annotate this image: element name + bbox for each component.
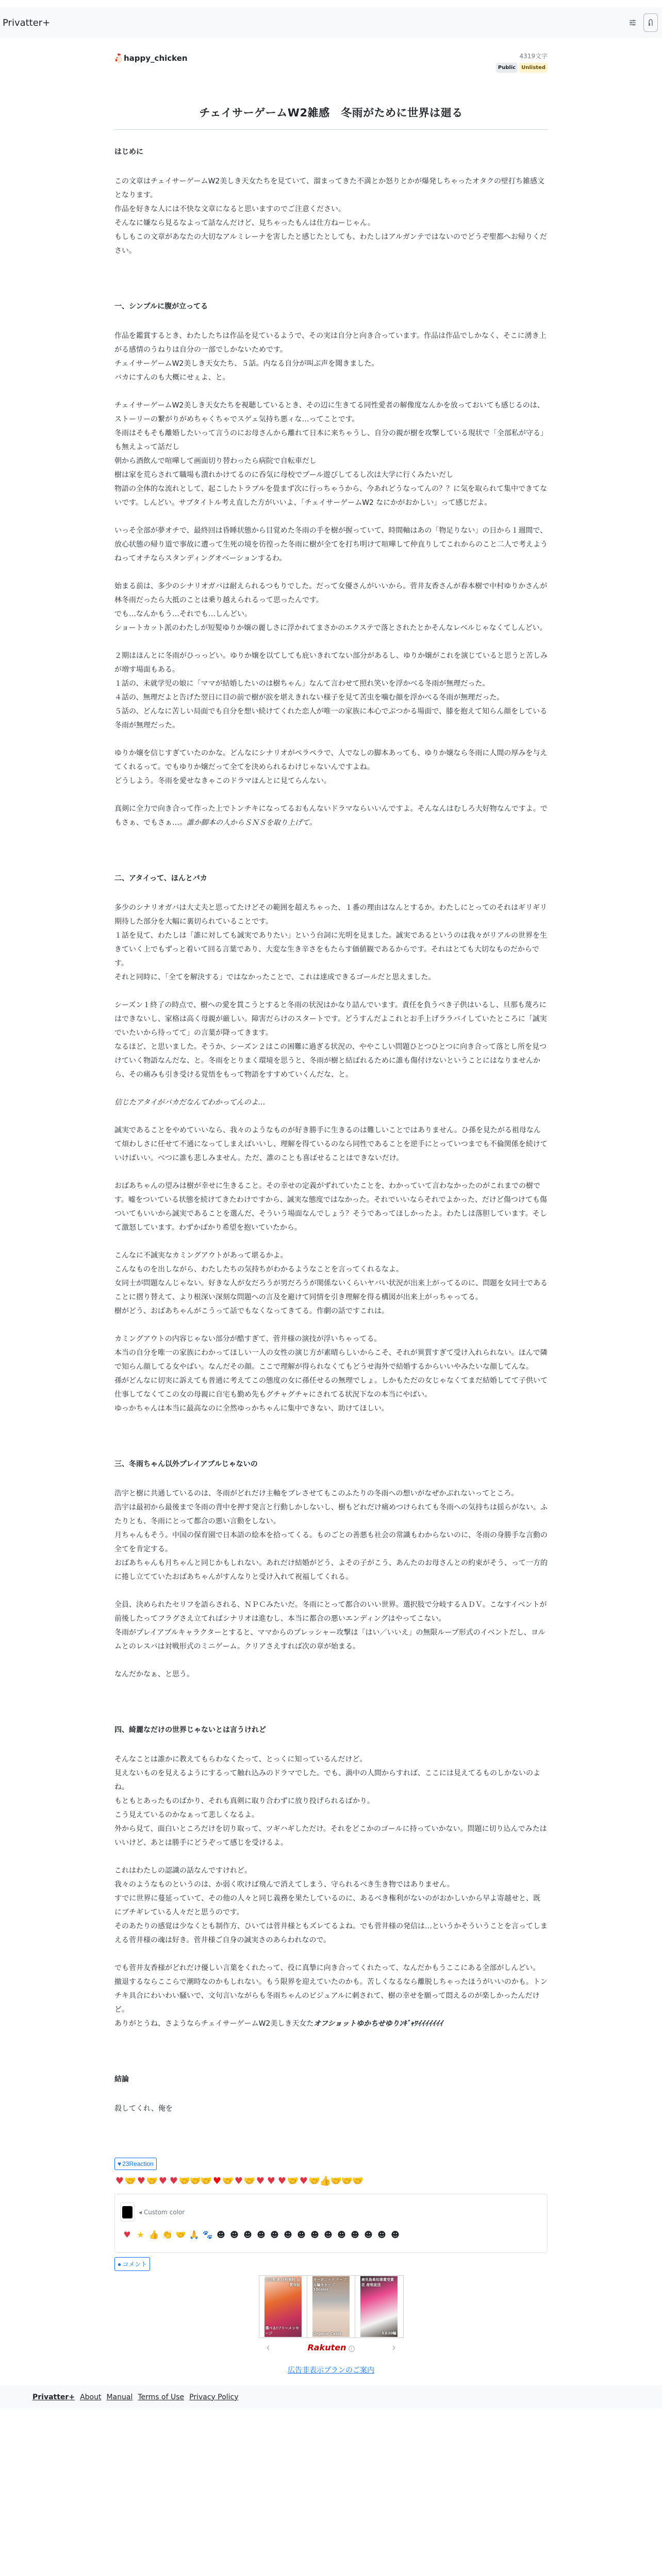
paragraph: チェイサーゲームW2美しき天女たちを視聴しているとき、その辺に生きてる同性愛者の… <box>114 399 548 510</box>
author[interactable]: happy_chicken <box>114 53 188 64</box>
reaction-button[interactable]: ♥ 23Reaction <box>114 2158 157 2170</box>
post-body: はじめに この文章はチェイサーゲームW2美しき天女たちを見ていて、溜まってきた不… <box>114 145 548 2158</box>
heart-red-reaction-icon: ♥ <box>212 2175 222 2187</box>
post-info: 4319文字 Public Unlisted <box>496 46 548 73</box>
paragraph: これはわたしの認識の話なんですけれど。 我々のようなものというのは、か弱く吹けば… <box>114 1864 548 1947</box>
custom-color-row: ◂ Custom color <box>120 2202 542 2222</box>
bold-italic-text: オフショットゆかちせゆりﾝｷﾞｬﾜｲｲｲｲｲｲｲ <box>313 2020 442 2028</box>
heart-reaction-icon: ♥ <box>255 2175 266 2187</box>
chicken-avatar-icon <box>114 53 123 64</box>
footer-link-privacy[interactable]: Privacy Policy <box>189 2393 238 2401</box>
paragraph: こんなに不誠実なカミングアウトがあって堪るかよ。 こんなものを出しながら、わたし… <box>114 1249 548 1318</box>
paragraph: カミングアウトの内容じゃない部分が酷すぎて、菅井様の演技が浮いちゃってる。 本当… <box>114 1332 548 1416</box>
joy-icon[interactable]: ☻ <box>338 2225 345 2244</box>
paragraph-text: 真剣に全力で向き合って作った上でトンチキになってるおもんないドラマならいいんです… <box>114 805 548 827</box>
ad-carousel: 翌日配達 送料無料 品質保証 選べる!フリーメッセージ オーガニック ケーブル編… <box>114 2275 548 2353</box>
paragraph: そんなことは誰かに教えてもらわなくたって、とっくに知っているんだけど。 見えない… <box>114 1753 548 1850</box>
footer-brand-link[interactable]: Privatter+ <box>32 2393 75 2401</box>
ad-nav: ‹ Rakuteni › <box>264 2338 398 2353</box>
section-heading: 一、シンプルに腹が立ってる <box>114 300 548 314</box>
clap-icon[interactable]: 👏 <box>163 2225 171 2244</box>
paragraph: 始まる前は、多少のシナリオガバは耐えられるつもりでした。だって女優さんがいいから… <box>114 580 548 635</box>
kiss-icon[interactable]: ☻ <box>324 2225 332 2244</box>
star-icon[interactable]: ★ <box>137 2225 144 2244</box>
color-preview <box>122 2206 133 2218</box>
handshake-reaction-icon: 🤝 <box>147 2175 157 2187</box>
smile-icon[interactable]: ☻ <box>217 2225 225 2244</box>
squint-icon[interactable]: ☻ <box>284 2225 292 2244</box>
author-name: happy_chicken <box>124 54 188 63</box>
speech-bubble-icon: ● <box>118 2261 121 2268</box>
comment-label: コメント <box>122 2260 147 2268</box>
section-heading: 二、アタイって、ほんとバカ <box>114 872 548 886</box>
ad-items: 翌日配達 送料無料 品質保証 選べる!フリーメッセージ オーガニック ケーブル編… <box>259 2275 404 2338</box>
paragraph: でも菅井友香様がどれだけ優しい言葉をくれたって、役に真摯に向き合ってくれたって、… <box>114 1961 548 2031</box>
rakuten-logo: Rakuteni <box>307 2343 354 2352</box>
visibility-badges: Public Unlisted <box>496 63 548 73</box>
handshake-icon[interactable]: 🤝 <box>177 2225 185 2244</box>
heart-reaction-icon: ♥ <box>169 2175 179 2187</box>
wink-icon[interactable]: ☻ <box>230 2225 238 2244</box>
navbar: Privatter+ <box>0 7 662 38</box>
ad-item[interactable]: 鹿児島県知事賞受賞花 産地直送 5本20輪 <box>355 2276 403 2337</box>
grin-wide-icon[interactable]: ☻ <box>311 2225 319 2244</box>
public-badge: Public <box>496 63 518 73</box>
footer-link-about[interactable]: About <box>80 2393 101 2401</box>
footer: Privatter+ About Manual Terms of Use Pri… <box>0 2385 662 2409</box>
handshake-reaction-icon: 🤝 <box>201 2175 211 2187</box>
heart-eyes-icon[interactable]: ☻ <box>378 2225 386 2244</box>
heart-reaction-icon: ♥ <box>266 2175 276 2187</box>
char-count: 4319文字 <box>496 52 548 60</box>
paragraph: ゆりか嬢を信じすぎていたのかな。どんなにシナリオがペラペラで、人でなしの脚本あっ… <box>114 747 548 788</box>
ad-image-lilies: 鹿児島県知事賞受賞花 産地直送 5本20輪 <box>360 2276 398 2337</box>
section-heading: はじめに <box>114 145 548 159</box>
paragraph: なんだかなぁ、と思う。 <box>114 1668 548 1682</box>
section-heading: 結論 <box>114 2073 548 2087</box>
emoji-picker-grid: ♥★👍👏🤝🙏🐾☻☻☻☻☻☻☻☻☻☻☻☻☻☻ <box>120 2222 542 2247</box>
paw-icon[interactable]: 🐾 <box>204 2225 211 2244</box>
handshake-reaction-icon: 🤝 <box>353 2175 363 2187</box>
section-heading: 四、綺麗なだけの世界じゃないとは言うけれど <box>114 1723 548 1737</box>
ad-image-knit-cap: オーガニック ケーブル編キャップ 10color Organic Cable <box>312 2276 350 2337</box>
star-eyes-icon[interactable]: ☻ <box>351 2225 359 2244</box>
handshake-reaction-icon: 🤝 <box>309 2175 320 2187</box>
tears-icon[interactable]: ☻ <box>257 2225 265 2244</box>
unlisted-badge: Unlisted <box>519 63 548 73</box>
footer-link-terms[interactable]: Terms of Use <box>138 2393 184 2401</box>
footer-link-manual[interactable]: Manual <box>106 2393 133 2401</box>
ad-item[interactable]: オーガニック ケーブル編キャップ 10color Organic Cable <box>307 2276 355 2337</box>
navbar-toggle-button[interactable] <box>643 13 658 32</box>
navbar-actions <box>627 13 658 32</box>
paragraph: 全員、決められたセリフを語らされる、ＮＰＣみたいだ。冬雨にとって都合のいい世界。… <box>114 1598 548 1654</box>
handshake-reaction-icon: 🤝 <box>244 2175 255 2187</box>
reaction-picker: ◂ Custom color ♥★👍👏🤝🙏🐾☻☻☻☻☻☻☻☻☻☻☻☻☻☻ <box>114 2194 548 2253</box>
heart-reaction-icon: ♥ <box>299 2175 309 2187</box>
heart-reaction-icon: ♥ <box>158 2175 168 2187</box>
brand-link[interactable]: Privatter+ <box>3 18 50 28</box>
ad-image-flowers: 翌日配達 送料無料 品質保証 選べる!フリーメッセージ <box>264 2276 302 2337</box>
beam-icon[interactable]: ☻ <box>297 2225 305 2244</box>
heart-reaction-icon: ♥ <box>136 2175 146 2187</box>
sliders-icon[interactable] <box>627 17 638 28</box>
paragraph: ２期はほんとに冬雨がひっっどい。ゆりか嬢を以てしても庇いきれてない部分があるし、… <box>114 649 548 733</box>
heart-reaction-icon: ♥ <box>234 2175 244 2187</box>
comment-button[interactable]: ● コメント <box>114 2257 150 2271</box>
heart-reaction-icon: ♥ <box>277 2175 287 2187</box>
reaction-count-label: 23Reaction <box>122 2160 154 2167</box>
paragraph: いっそ全部が夢オチで、最終回は昏睡状態から目覚めた冬雨の手を樹が握っていて、時間… <box>114 524 548 566</box>
happy-icon[interactable]: ☻ <box>391 2225 399 2244</box>
adfree-plan-link-wrap: 広告非表示プランのご案内 <box>114 2365 548 2375</box>
custom-color-input[interactable] <box>120 2202 135 2222</box>
handshake-reaction-icon: 🤝 <box>125 2175 136 2187</box>
italic-paragraph: 信じたアタイがバカだなんてわかってんのよ… <box>114 1096 548 1110</box>
chevron-right-icon[interactable]: › <box>392 2341 396 2353</box>
paragraph: シーズン１終了の時点で、樹への愛を貫こうとすると冬雨の状況はかなり詰んでいます。… <box>114 998 548 1082</box>
reaction-list: ♥🤝♥🤝♥♥🤝🤝🤝♥🤝♥🤝♥♥♥🤝♥🤝👍🤝🤝🤝 <box>114 2175 548 2187</box>
post-meta: happy_chicken 4319文字 Public Unlisted <box>114 46 548 73</box>
thumbs-up-reaction-icon: 👍 <box>320 2175 330 2187</box>
toggle-icon <box>648 19 653 26</box>
grin-icon[interactable]: ☻ <box>271 2225 278 2244</box>
handshake-reaction-icon: 🤝 <box>179 2175 190 2187</box>
heart-icon: ♥ <box>118 2160 121 2167</box>
post-title: チェイサーゲームW2雑感 冬雨がために世界は廻る <box>114 105 548 130</box>
paragraph: おばあちゃんの望みは樹が幸せに生きること。その幸せの定義がずれていたことを、わか… <box>114 1179 548 1235</box>
heart-icon[interactable]: ♥ <box>123 2225 131 2244</box>
paragraph: 作品を鑑賞するとき、わたしたちは作品を見ているようで、その実は自分と向き合ってい… <box>114 329 548 385</box>
handshake-reaction-icon: 🤝 <box>190 2175 201 2187</box>
paragraph: 浩宇と樹に共通しているのは、冬雨がどれだけ主軸をブレさせてもこのふたりの冬雨への… <box>114 1487 548 1584</box>
broken-icon[interactable]: ☻ <box>365 2225 372 2244</box>
post-container: happy_chicken 4319文字 Public Unlisted チェイ… <box>114 38 548 2375</box>
paragraph: 真剣に全力で向き合って作った上でトンチキになってるおもんないドラマならいいんです… <box>114 802 548 830</box>
heart-reaction-icon: ♥ <box>114 2175 125 2187</box>
handshake-reaction-icon: 🤝 <box>342 2175 352 2187</box>
italic-text: 誰か脚本の人からＳＮＳを取り上げて。 <box>187 819 317 827</box>
handshake-reaction-icon: 🤝 <box>288 2175 298 2187</box>
custom-color-label: ◂ Custom color <box>139 2209 185 2216</box>
paragraph: この文章はチェイサーゲームW2美しき天女たちを見ていて、溜まってきた不満とか怒り… <box>114 175 548 258</box>
handshake-reaction-icon: 🤝 <box>331 2175 341 2187</box>
info-icon[interactable]: i <box>349 2346 355 2352</box>
blush-icon[interactable]: ☻ <box>244 2225 252 2244</box>
pray-icon[interactable]: 🙏 <box>190 2225 198 2244</box>
paragraph-text: でも菅井友香様がどれだけ優しい言葉をくれたって、役に真摯に向き合ってくれたって、… <box>114 1964 548 2028</box>
paragraph: 誠実であることをやめていいなら、我々のようなものが好き勝手に生きるのは難しいこと… <box>114 1124 548 1165</box>
ad-item[interactable]: 翌日配達 送料無料 品質保証 選べる!フリーメッセージ <box>259 2276 307 2337</box>
paragraph: 殺してくれ、俺を <box>114 2102 548 2116</box>
paragraph: 多少のシナリオガバは大丈夫と思ってたけどその範囲を超えちゃった、１番の理由はなん… <box>114 901 548 985</box>
section-heading: 三、冬雨ちゃん以外プレイアブルじゃないの <box>114 1458 548 1471</box>
handshake-reaction-icon: 🤝 <box>223 2175 233 2187</box>
adfree-plan-link[interactable]: 広告非表示プランのご案内 <box>288 2366 374 2375</box>
chevron-left-icon[interactable]: ‹ <box>266 2341 270 2353</box>
thumbs-up-icon[interactable]: 👍 <box>150 2225 158 2244</box>
